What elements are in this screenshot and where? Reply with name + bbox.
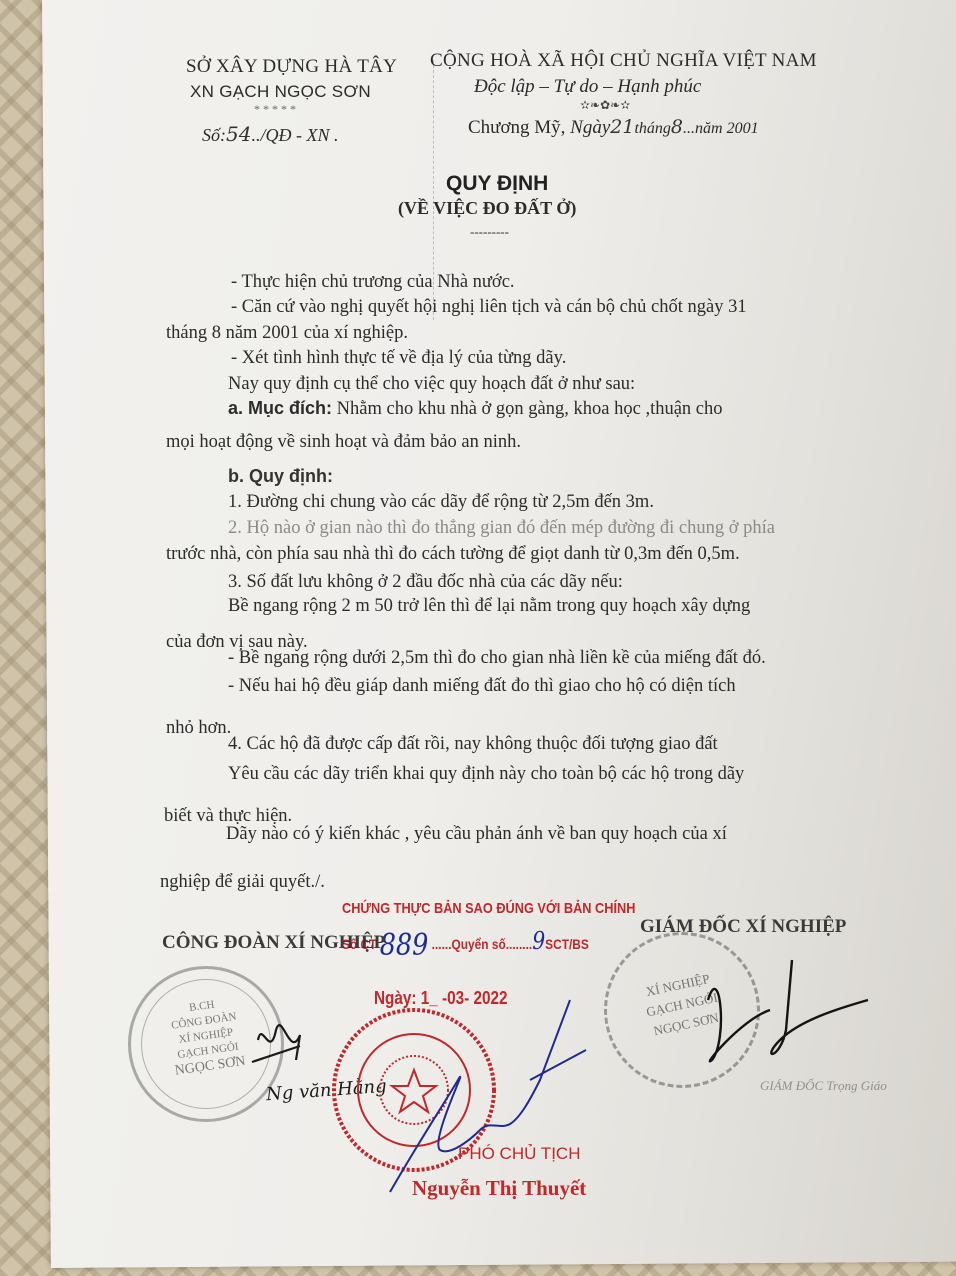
signer-title: PHÓ CHỦ TỊCH <box>458 1144 580 1164</box>
signature-strokes <box>0 0 956 1276</box>
signer-name: Nguyễn Thị Thuyết <box>412 1176 586 1201</box>
